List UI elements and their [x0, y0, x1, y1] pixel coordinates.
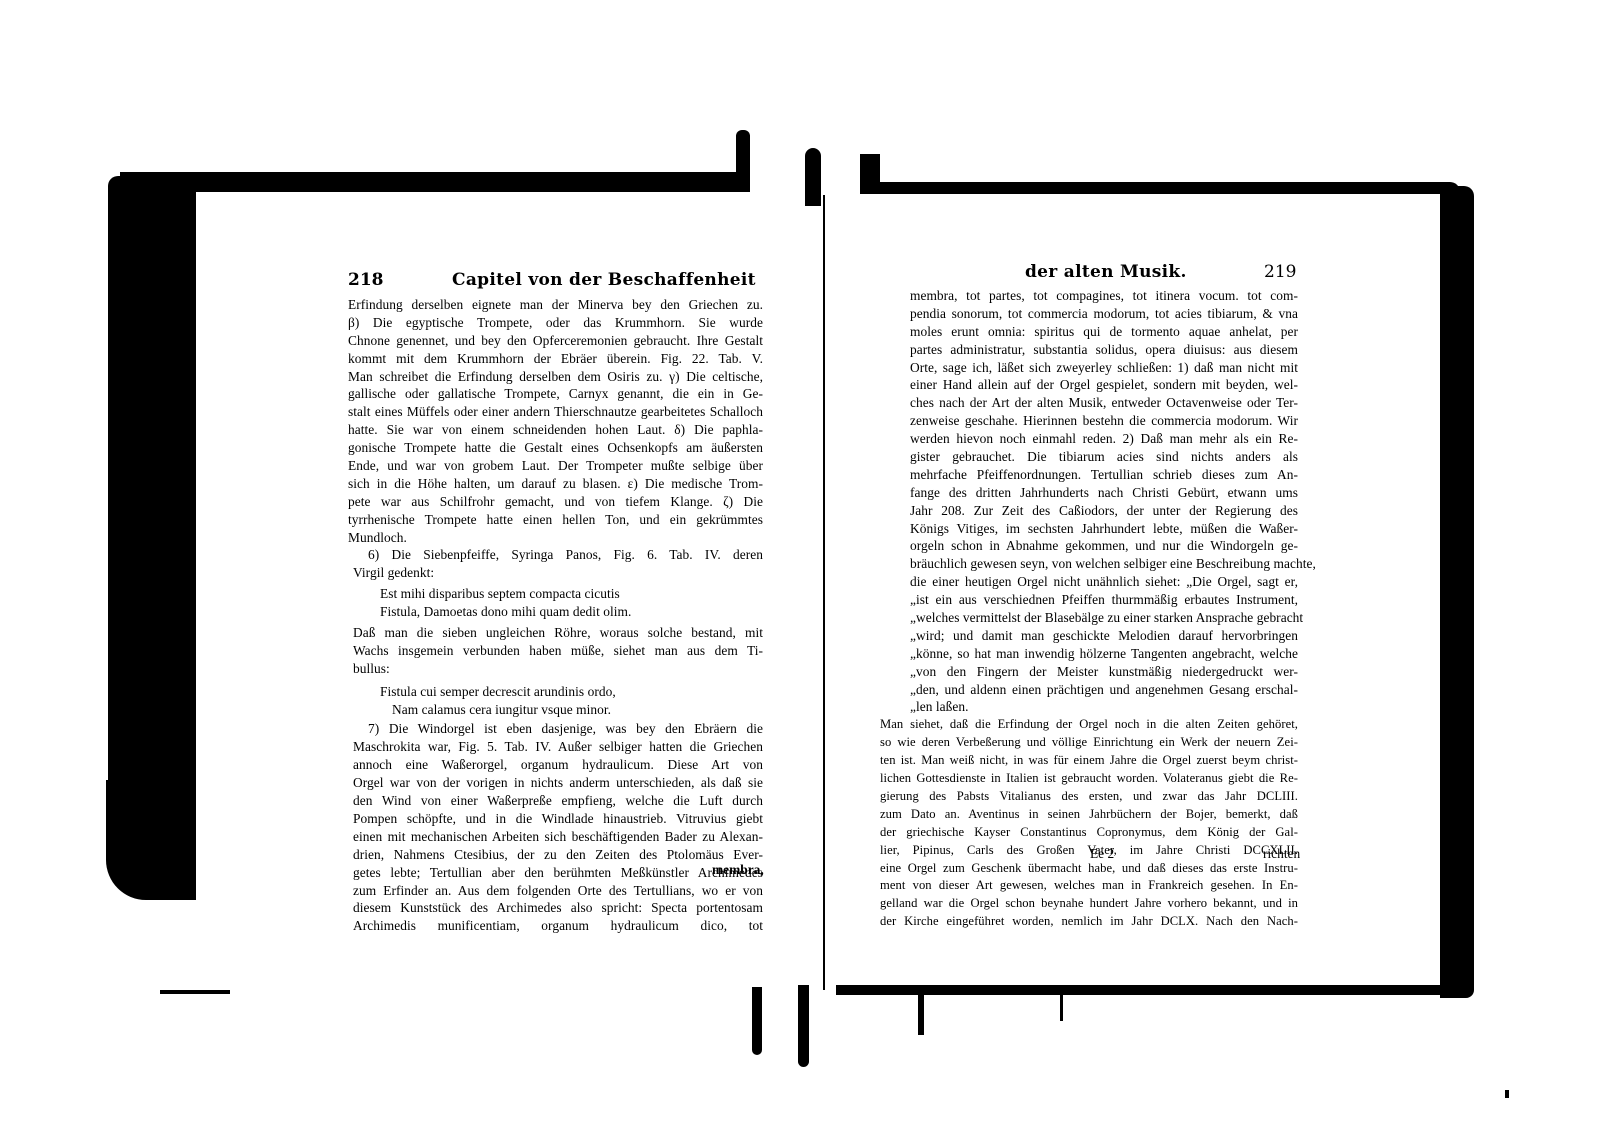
text-line: annoch eine Waßerorgel, organum hydrauli… [348, 756, 763, 774]
text-line: Mundloch. [348, 529, 763, 547]
text-line: Orte, sage ich, läßet sich zweyerley sch… [880, 359, 1298, 377]
gutter-line [823, 195, 825, 990]
left-page-body: Erfindung derselben eignete man der Mine… [348, 296, 763, 935]
text-line: orgeln schon in Abnahme gekommen, und nu… [880, 537, 1298, 555]
text-line: Man siehet, daß die Erfindung der Orgel … [880, 716, 1298, 734]
text-line: zenweise geschahe. Hierinnen bestehn die… [880, 412, 1298, 430]
signature-mark: Ee 2 [1090, 846, 1114, 862]
text-line: gelland war die Orgel schon beynahe hund… [880, 895, 1298, 913]
text-line: zum Erfinder an. Aus dem folgenden Orte … [348, 882, 763, 900]
text-line: membra, tot partes, tot compagines, tot … [880, 287, 1298, 305]
text-line: moles erunt omnia: spiritus qui de torme… [880, 323, 1298, 341]
right-tab-bottom-2 [1060, 993, 1063, 1021]
left-page-border-left [108, 176, 196, 794]
text-line: bräuchlich gewesen seyn, von welchen sel… [880, 555, 1298, 573]
text-line: β) Die egyptische Trompete, oder das Kru… [348, 314, 763, 332]
text-line: Jahr 208. Zur Zeit des Caßiodors, der un… [880, 502, 1298, 520]
left-tab-bottom-2 [798, 985, 809, 1067]
gutter-fold [805, 148, 821, 206]
right-running-head: der alten Musik. [1025, 262, 1187, 282]
text-line: gonische Trompete hatte die Gestalt eine… [348, 439, 763, 457]
right-page-border-right [1440, 186, 1474, 998]
right-catchword: richten [1263, 846, 1300, 862]
text-line: fange des dritten Jahrhunderts nach Chri… [880, 484, 1298, 502]
text-line: mehrfache Pfeiffenordnungen. Tertullian … [880, 466, 1298, 484]
text-line: sich in die Höhe halten, um darauf zu bl… [348, 475, 763, 493]
text-line: kommt mit dem Krummhorn der Ebräer übere… [348, 350, 763, 368]
text-line: stalt eines Müffels oder einer andern Th… [348, 403, 763, 421]
quote-line: „könne, so hat man inwendig hölzerne Tan… [880, 645, 1298, 663]
section-heading-windorgel: 7) Die Windorgel ist eben dasjenige, was… [348, 720, 763, 738]
left-page-border-left-lower [106, 780, 196, 900]
text-line: diesem Kunststück des Archimedes also sp… [348, 899, 763, 917]
text-line: ten ist. Man weiß nicht, in was für eine… [880, 752, 1298, 770]
quote-line: „welches vermittelst der Blasebälge zu e… [880, 609, 1298, 627]
right-page-border-top [860, 182, 1460, 194]
text-line: die einer heutigen Orgel nicht unähnlich… [880, 573, 1298, 591]
quote-line: „von den Fingern der Meister kunstmäßig … [880, 663, 1298, 681]
text-line: Erfindung derselben eignete man der Mine… [348, 296, 763, 314]
text-line: ches nach der Art der alten Musik, entwe… [880, 394, 1298, 412]
text-line: pendia sonorum, tot commercia modorum, t… [880, 305, 1298, 323]
text-line: Archimedis munificentiam, organum hydrau… [348, 917, 763, 935]
text-line: werden hievon noch einmahl reden. 2) Daß… [880, 430, 1298, 448]
quote-line: „len laßen. [880, 698, 1298, 716]
verse-line: Fistula, Damoetas dono mihi quam dedit o… [348, 603, 763, 621]
left-page-number: 218 [348, 270, 384, 290]
text-line: drien, Nahmens Ctesibius, der zu den Zei… [348, 846, 763, 864]
text-line: Daß man die sieben ungleichen Röhre, wor… [348, 624, 763, 642]
left-catchword: membra, [712, 862, 764, 878]
left-page-spine-nub [736, 130, 750, 192]
text-line: der Kirche eingeführet worden, nemlich i… [880, 913, 1298, 931]
left-tab-bottom-1 [752, 987, 762, 1055]
scan-speck [1505, 1090, 1509, 1098]
quote-line: „ist ein aus verschiednen Pfeiffen thurm… [880, 591, 1298, 609]
text-line: Chnone genennet, und bey den Opferceremo… [348, 332, 763, 350]
text-line: den Wind von einer Waßerpreße empfieng, … [348, 792, 763, 810]
text-line: Pompen schöpfte, und in die Windlade hin… [348, 810, 763, 828]
section-heading-siebenpfeiffe: 6) Die Siebenpfeiffe, Syringa Panos, Fig… [348, 546, 763, 564]
left-running-head: Capitel von der Beschaffenheit [452, 270, 756, 290]
text-line: einer Hand allein auf der Orgel gespiele… [880, 376, 1298, 394]
right-page-number: 219 [1264, 262, 1296, 282]
text-line: gallische oder gallatische Trompete, Car… [348, 385, 763, 403]
quote-line: „wird; und damit man geschickte Melodien… [880, 627, 1298, 645]
text-line: so wie deren Verbeßerung und völlige Ein… [880, 734, 1298, 752]
text-line: ment von dieser Art gewesen, welches man… [880, 877, 1298, 895]
text-line: getes lebte; Tertullian aber den berühmt… [348, 864, 763, 882]
text-line: lichen Gottesdienste in Italien ist gebr… [880, 770, 1298, 788]
text-line: zum Dato an. Aventinus in seinen Jahrbüc… [880, 806, 1298, 824]
text-line: Virgil gedenkt: [348, 564, 763, 582]
text-line: partes administratur, substantia solidus… [880, 341, 1298, 359]
text-line: Ende, und war von grobem Laut. Der Tromp… [348, 457, 763, 475]
verse-line: Est mihi disparibus septem compacta cicu… [348, 585, 763, 603]
text-line: gierung des Pabsts Vitalianus des ersten… [880, 788, 1298, 806]
text-line: Man schreibet die Erfindung derselben de… [348, 368, 763, 386]
text-line: hatte. Sie war von einem schneidenden ho… [348, 421, 763, 439]
text-line: einen mit mechanischen Arbeiten sich bes… [348, 828, 763, 846]
text-line: gister gebrauchet. Die tibiarum acies si… [880, 448, 1298, 466]
right-tab-bottom-1 [918, 993, 924, 1035]
right-page-body: membra, tot partes, tot compagines, tot … [880, 287, 1298, 931]
text-line: Maschrokita war, Fig. 5. Tab. IV. Außer … [348, 738, 763, 756]
text-line: bullus: [348, 660, 763, 678]
text-line: lier, Pipinus, Carls des Großen Vater, i… [880, 842, 1298, 860]
text-line: Wachs insgemein verbunden haben müße, si… [348, 642, 763, 660]
right-page-border-bottom [836, 985, 1466, 995]
text-line: eine Orgel zum Geschenk übermacht habe, … [880, 860, 1298, 878]
text-line: Orgel war von der vorigen in nichts ande… [348, 774, 763, 792]
verse-line: Nam calamus cera iungitur vsque minor. [348, 701, 763, 719]
left-page-border-top [120, 172, 740, 192]
quote-line: „den, und aldenn einen prächtigen und an… [880, 681, 1298, 699]
text-line: pete war aus Schilfrohr gemacht, und von… [348, 493, 763, 511]
left-page-bottom-edge [160, 990, 230, 994]
text-line: der griechische Kayser Constantinus Copr… [880, 824, 1298, 842]
text-line: tyrrhenische Trompete hatte einen hellen… [348, 511, 763, 529]
verse-line: Fistula cui semper decrescit arundinis o… [348, 683, 763, 701]
text-line: Königs Vitiges, im sechsten Jahrhundert … [880, 520, 1298, 538]
